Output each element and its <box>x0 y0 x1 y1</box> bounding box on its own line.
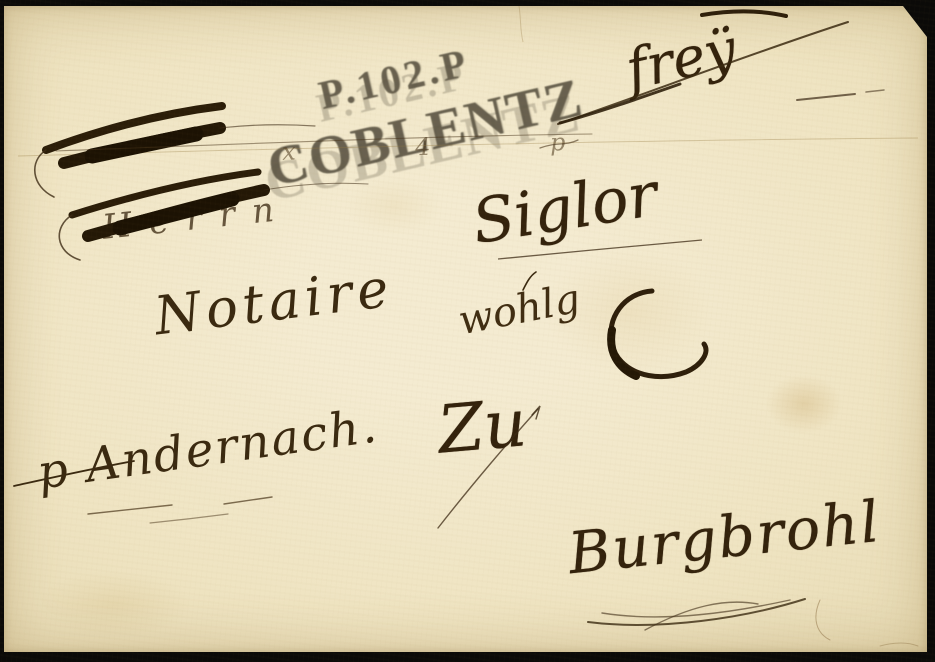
direction-word: Zu <box>435 390 529 463</box>
photo-background: P.102.P COBLENTZ freÿ x 4 p Herrn Siglor… <box>0 0 935 662</box>
